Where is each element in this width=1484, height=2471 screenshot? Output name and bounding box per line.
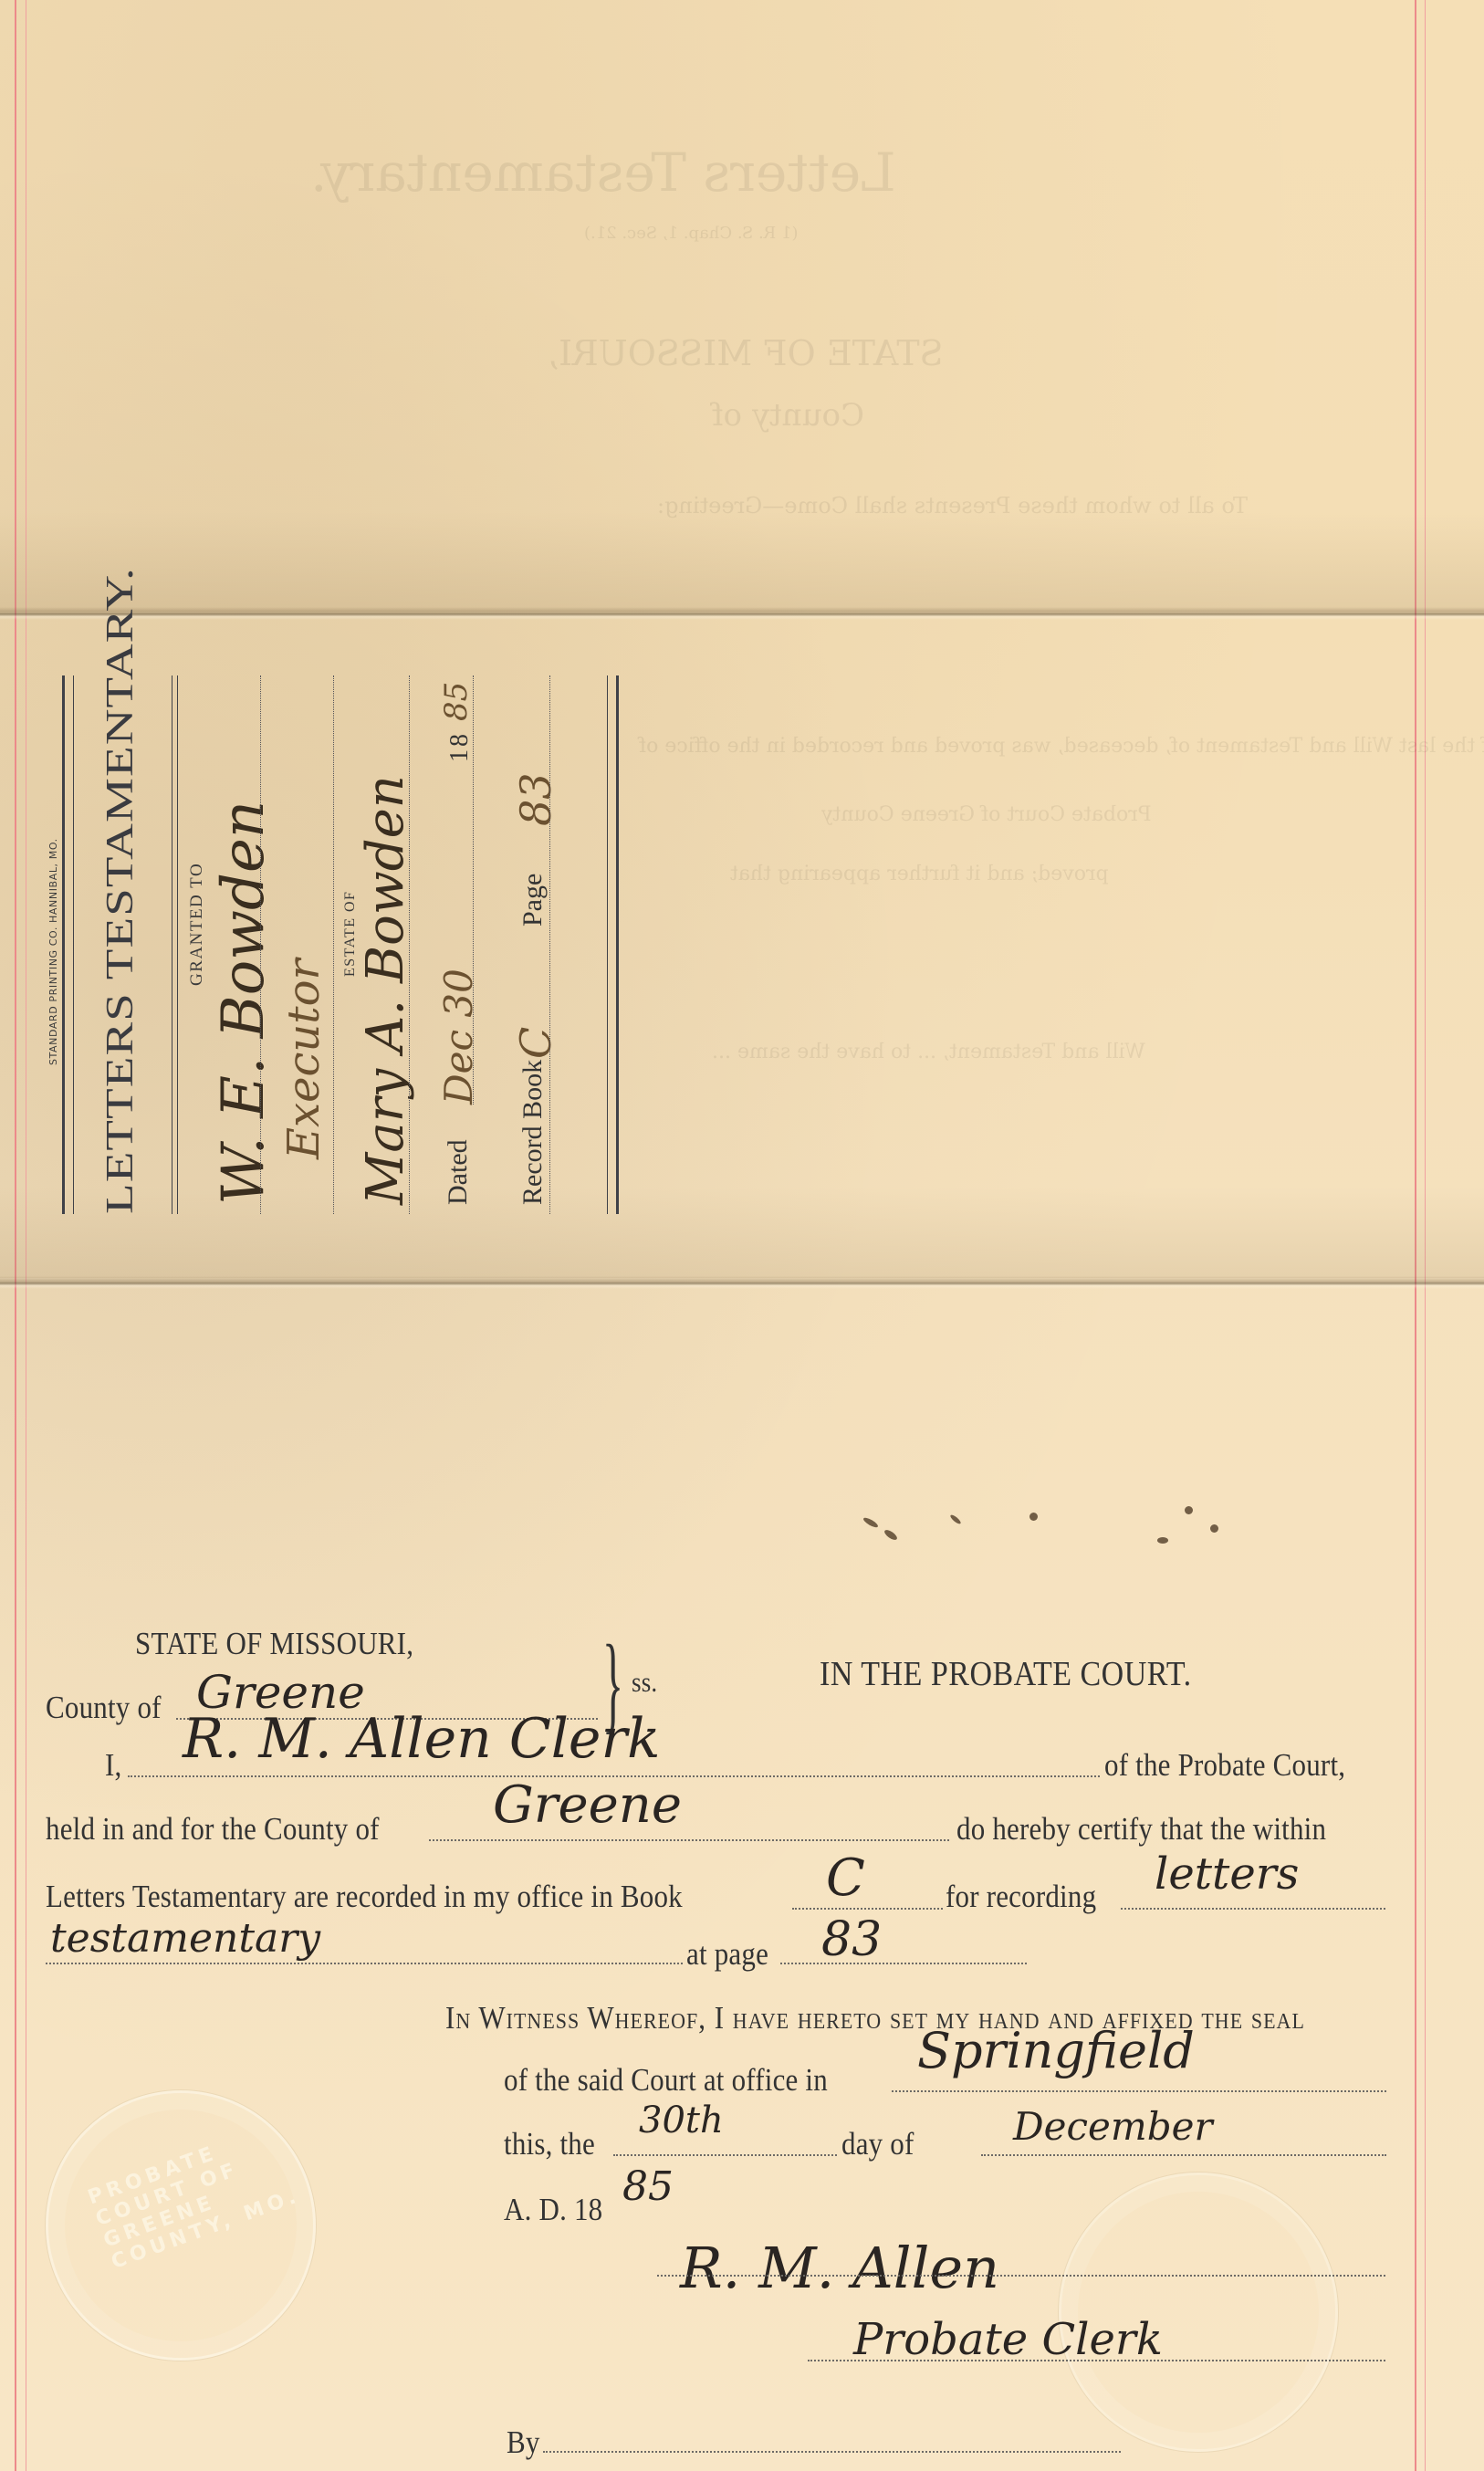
- ghost-state: STATE OF MISSOURI,: [548, 333, 944, 373]
- ink-spot: [1157, 1537, 1168, 1544]
- recording-line-1: [1121, 1908, 1385, 1910]
- dated-dotted-line: [473, 675, 474, 1105]
- ink-spot: [1210, 1524, 1218, 1533]
- ghost-line-4: Will and Testament, ... to have the same…: [712, 1041, 1145, 1063]
- role-dotted-line: [333, 675, 334, 1214]
- ghost-line-2: Probate Court of Greene County: [821, 803, 1152, 826]
- granted-to-dotted-line: [260, 675, 261, 1214]
- record-book-label: Record Book: [517, 1060, 549, 1205]
- month-line: [981, 2154, 1386, 2156]
- ink-spot: [1029, 1513, 1038, 1521]
- page-value: 83: [821, 1912, 882, 1967]
- embossed-seal-right: [1059, 2173, 1338, 2452]
- office-value: Springfield: [917, 2022, 1195, 2079]
- by-label: By: [507, 2424, 540, 2461]
- day-line: [613, 2154, 837, 2156]
- granted-to-value: W. E. Bowden: [210, 801, 277, 1205]
- day-value: 30th: [639, 2099, 724, 2141]
- dated-year-suffix: 85: [438, 682, 475, 721]
- fold-shadow-top: [0, 511, 1484, 612]
- signature-title: Probate Clerk: [853, 2314, 1163, 2365]
- certify-text: do hereby certify that the within: [956, 1811, 1326, 1848]
- ghost-county: County of: [712, 397, 864, 434]
- ghost-line-1: of the last Will and Testament of, decea…: [639, 735, 1484, 758]
- said-court-text: of the said Court at office in: [504, 2062, 828, 2099]
- ad-year-value: 85: [622, 2163, 674, 2210]
- page-value: 83: [511, 772, 560, 826]
- for-recording-label: for recording: [946, 1879, 1096, 1915]
- seal-text: PROBATE COURT OF GREENE COUNTY, MO.: [85, 2113, 322, 2274]
- recording-value-1: letters: [1155, 1848, 1299, 1900]
- endorse-title: LETTERS TESTAMENTARY.: [97, 567, 141, 1214]
- endorse-border-right-heavy: [616, 675, 619, 1214]
- role-value: Executor: [278, 959, 329, 1159]
- signature-line: [657, 2275, 1385, 2277]
- cert-ss: ss.: [632, 1667, 657, 1699]
- page-label: Page: [517, 874, 549, 927]
- month-value: December: [1013, 2104, 1213, 2149]
- record-book-value: C: [511, 1027, 560, 1059]
- endorse-divider-1: [172, 675, 172, 1214]
- printer-imprint: STANDARD PRINTING CO. HANNIBAL, MO.: [47, 838, 59, 1065]
- clerk-name: R. M. Allen Clerk: [183, 1707, 660, 1771]
- letters-recorded-text: Letters Testamentary are recorded in my …: [46, 1879, 683, 1915]
- held-county-line: [429, 1839, 949, 1841]
- dated-value: Dec 30: [436, 969, 481, 1105]
- fold-line-bottom: [0, 1276, 1484, 1289]
- dated-year-prefix: 18: [445, 731, 475, 762]
- ghost-subtitle: (1 R. S. Chap. 1, Sec. 21.): [584, 224, 798, 243]
- held-in-label: held in and for the County of: [46, 1811, 380, 1848]
- endorse-divider-2: [177, 675, 178, 1214]
- court-heading: IN THE PROBATE COURT.: [820, 1655, 1192, 1694]
- recording-value-2: testamentary: [50, 1915, 320, 1962]
- at-page-label: at page: [686, 1936, 768, 1973]
- endorsement-panel: STANDARD PRINTING CO. HANNIBAL, MO. LETT…: [55, 666, 630, 1232]
- cert-state: STATE OF MISSOURI,: [135, 1626, 413, 1662]
- title-line: [808, 2360, 1385, 2361]
- ghost-title: Letters Testamentary.: [310, 141, 896, 204]
- embossed-seal-left: PROBATE COURT OF GREENE COUNTY, MO.: [46, 2090, 316, 2361]
- fold-line-top: [0, 607, 1484, 620]
- endorse-border-left-heavy: [62, 675, 65, 1214]
- book-value: C: [826, 1848, 865, 1908]
- ink-spot: [1185, 1506, 1193, 1514]
- book-line: [792, 1908, 943, 1910]
- ad-label: A. D. 18: [504, 2192, 602, 2228]
- held-county-value: Greene: [493, 1775, 682, 1835]
- recording-line-2: [46, 1963, 683, 1964]
- endorse-border-right-thin: [607, 675, 608, 1214]
- of-probate-court: of the Probate Court,: [1104, 1747, 1345, 1784]
- endorse-border-left-thin: [73, 675, 74, 1214]
- estate-dotted-line: [409, 675, 410, 1214]
- by-line: [543, 2451, 1121, 2453]
- estate-of-value: Mary A. Bowden: [356, 775, 415, 1205]
- record-dotted-line: [549, 675, 550, 1214]
- ghost-line-3: proved; and it further appearing that: [730, 863, 1109, 885]
- county-label: County of: [46, 1690, 162, 1726]
- page-line: [780, 1963, 1027, 1964]
- this-the-label: this, the: [504, 2126, 595, 2162]
- office-line: [892, 2090, 1386, 2092]
- day-of-label: day of: [841, 2126, 914, 2162]
- clerk-signature: R. M. Allen: [680, 2235, 999, 2301]
- granted-to-label: GRANTED TO: [187, 863, 207, 986]
- i-label: I,: [105, 1747, 121, 1784]
- dated-label: Dated: [443, 1139, 474, 1205]
